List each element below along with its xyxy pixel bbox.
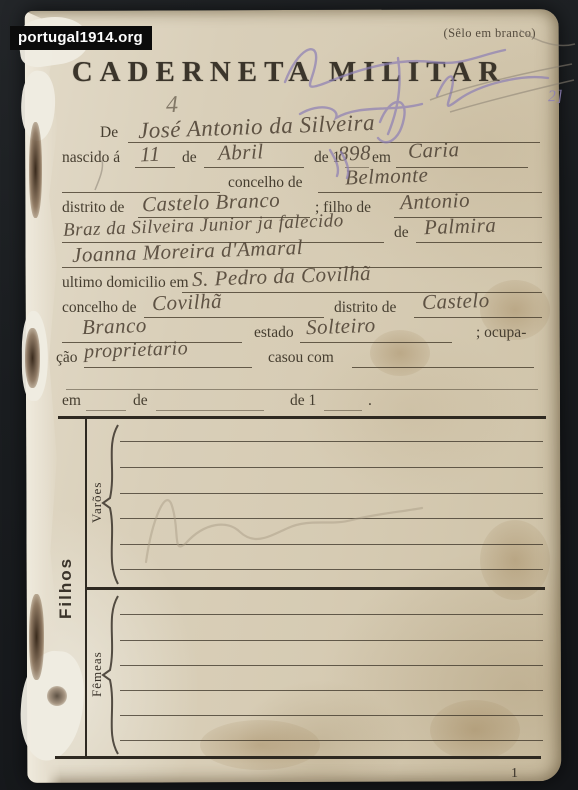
table-rule: [120, 690, 543, 691]
mother-name-entry-1: Palmira: [424, 213, 497, 241]
underline: [324, 410, 362, 411]
distrito2-entry-2: Branco: [82, 313, 148, 340]
table-rule: [120, 665, 543, 666]
estado-entry: Solteiro: [306, 313, 377, 340]
page-title: CADERNETA MILITAR: [0, 56, 578, 89]
field-label-de3: de: [133, 392, 148, 410]
birth-place-entry: Caria: [408, 137, 460, 164]
underline: [84, 367, 252, 368]
table-top-border: [58, 416, 546, 419]
field-label-de-ano: de 1: [314, 149, 340, 167]
table-rule: [120, 544, 543, 545]
birth-month-entry: Abril: [218, 139, 265, 166]
birth-day-entry: 11: [140, 142, 161, 168]
field-label-e-de: de: [394, 224, 409, 242]
watermark-label: portugal1914.org: [10, 26, 152, 50]
table-rule: [120, 493, 543, 494]
page-number: 1: [511, 766, 518, 782]
table-rule: [120, 518, 543, 519]
table-rule: [120, 614, 543, 615]
underline: [156, 410, 264, 411]
underline: [204, 167, 304, 168]
field-label-distrito: distrito de: [62, 199, 124, 217]
table-section-label-varoes: Varões: [89, 468, 105, 536]
table-bottom-border: [55, 756, 541, 759]
underline: [352, 367, 534, 368]
father-name-entry-1: Antonio: [400, 188, 471, 215]
table-group-label-filhos: Filhos: [56, 540, 76, 636]
birth-year-entry: 898: [338, 140, 372, 166]
pencil-number-annotation: 4: [166, 92, 179, 119]
field-label-de2: de: [182, 149, 197, 167]
field-label-estado: estado: [254, 324, 294, 342]
concelho-entry: Belmonte: [345, 163, 429, 191]
table-rule: [120, 740, 543, 741]
field-label-casou: casou com: [268, 349, 334, 367]
underline: [300, 342, 452, 343]
underline: [144, 317, 324, 318]
table-section-divider: [86, 587, 545, 590]
field-label-nascido: nascido á: [62, 149, 120, 167]
table-rule: [120, 569, 543, 570]
underline: [86, 410, 126, 411]
ocupacao-entry: proprietario: [84, 337, 189, 364]
purple-number-annotation: 2]: [548, 88, 564, 107]
seal-note: (Sêlo em branco): [444, 26, 536, 41]
field-label-de: De: [100, 124, 118, 142]
field-label-cao: ção: [56, 349, 78, 367]
field-label-domicilio: ultimo domicilio em: [62, 274, 189, 292]
concelho2-entry: Covilhã: [152, 289, 223, 316]
table-rule: [120, 715, 543, 716]
table-section-label-femeas: Fêmeas: [89, 640, 105, 708]
field-label-de-ano2: de 1: [290, 392, 316, 410]
table-rule: [120, 467, 543, 468]
table-rule: [120, 441, 543, 442]
photo-background: portugal1914.org (Sêlo em branco) CADERN…: [0, 0, 578, 790]
underline: [416, 242, 542, 243]
underline: [66, 389, 538, 390]
field-label-em2: em: [62, 392, 81, 410]
underline: [414, 317, 542, 318]
table-rule: [120, 640, 543, 641]
distrito2-entry-1: Castelo: [422, 288, 491, 315]
field-label-ocupa: ; ocupa-: [476, 324, 526, 342]
date-line-period: .: [368, 392, 372, 410]
